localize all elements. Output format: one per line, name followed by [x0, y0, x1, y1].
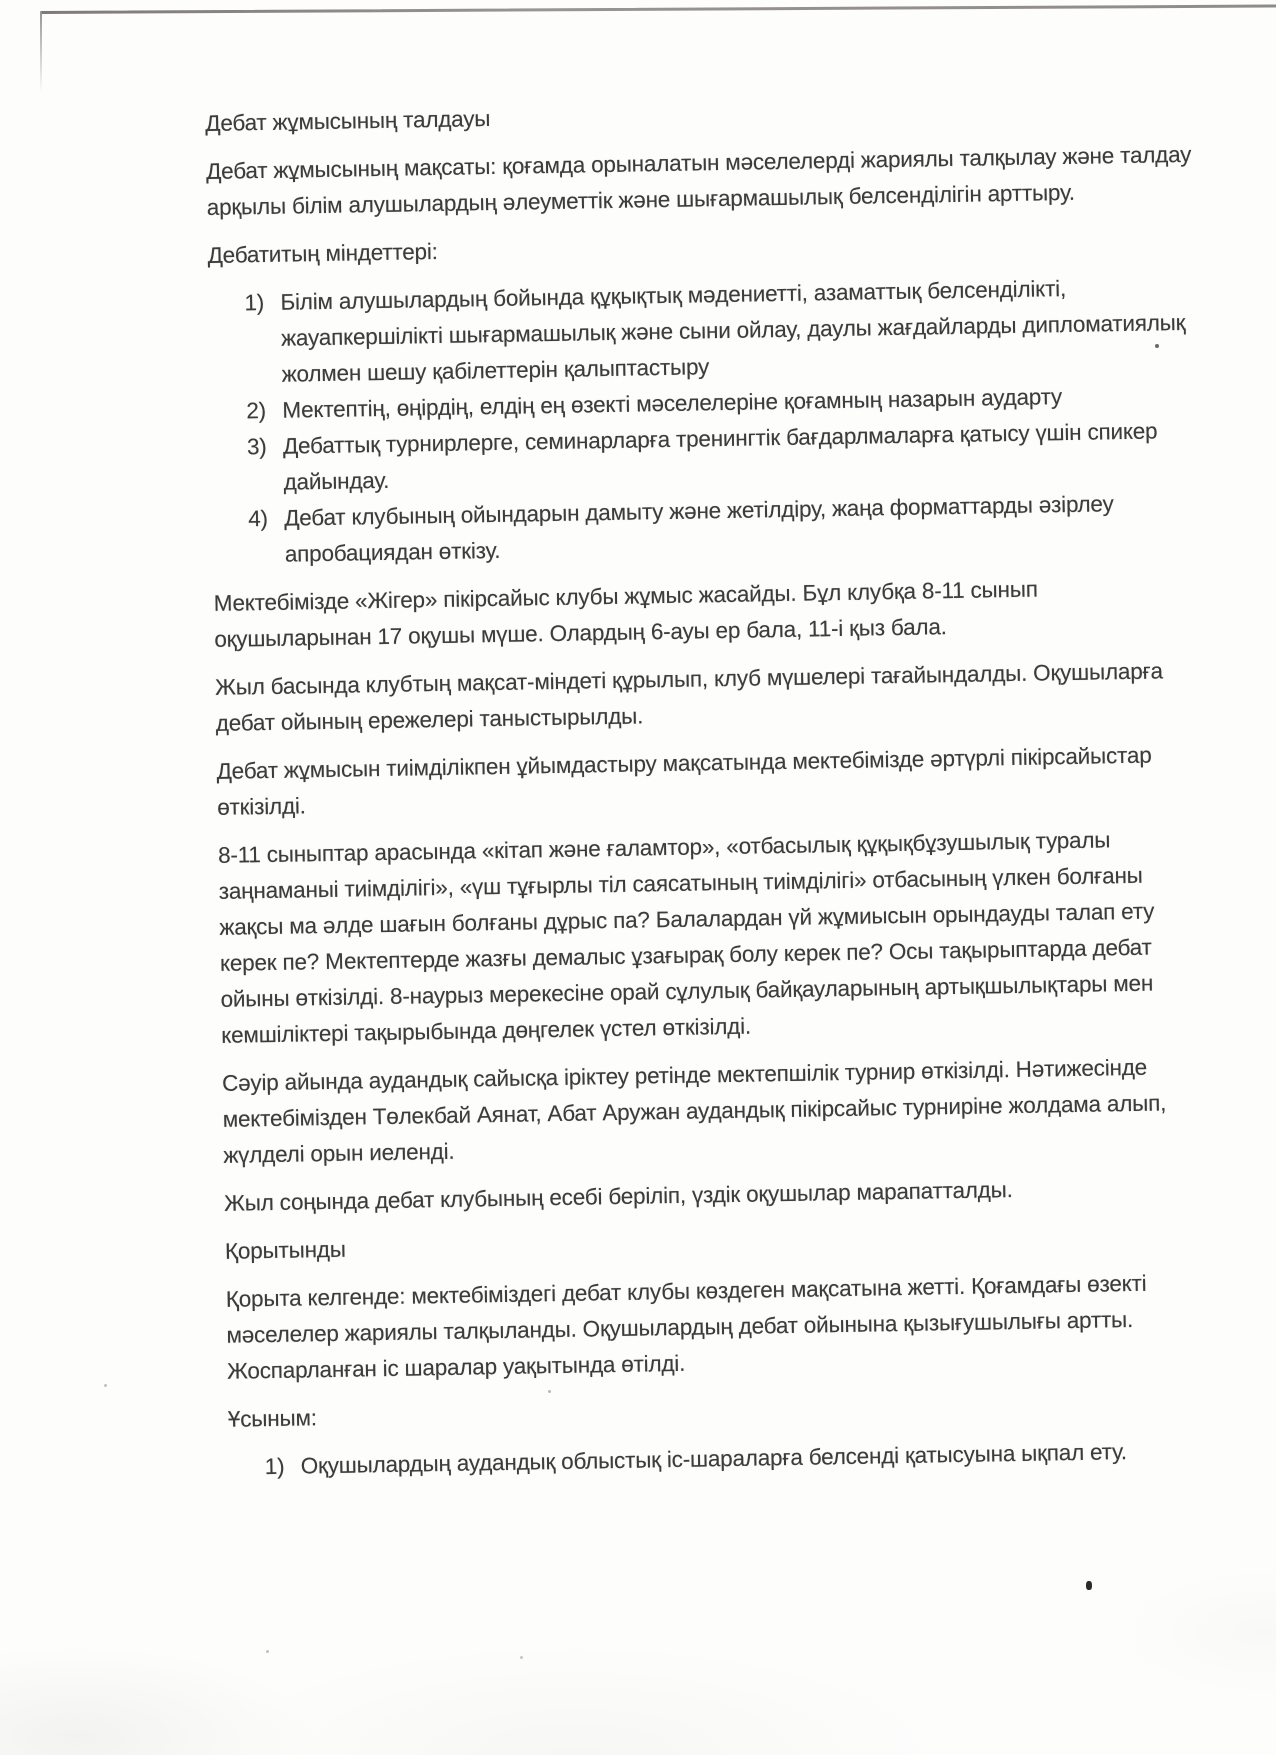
april-tournament-paragraph: Сәуір айында аудандық сайысқа іріктеу ре… [222, 1048, 1224, 1173]
scan-top-edge [40, 5, 1276, 14]
purpose-paragraph: Дебат жұмысының мақсаты: қоғамда орынала… [206, 137, 1207, 226]
conclusion-heading: Қорытынды [225, 1216, 1225, 1269]
task-number: 3) [247, 429, 284, 466]
document-title: Дебат жұмысының талдауы [205, 89, 1205, 142]
ink-speck [1155, 344, 1159, 348]
recommendation-heading: Ұсыным: [228, 1384, 1228, 1437]
club-info-paragraph: Мектебімізде «Жігер» пікірсайыс клубы жұ… [213, 568, 1214, 657]
task-text: Білім алушылардың бойында құқықтық мәден… [280, 269, 1210, 393]
conclusion-paragraph: Қорыта келгенде: мектебіміздегі дебат кл… [226, 1264, 1228, 1389]
ink-speck [520, 1656, 523, 1659]
task-number: 4) [248, 501, 285, 538]
task-number: 1) [244, 285, 281, 322]
recommendation-item: 1) Оқушылардың аудандық облыстық іс-шара… [264, 1432, 1228, 1485]
document-content: Дебат жұмысының талдауы Дебат жұмысының … [205, 89, 1229, 1486]
task-item: 4) Дебат клубының ойындарын дамыту және … [248, 484, 1213, 573]
task-number: 2) [246, 393, 283, 430]
tasks-heading: Дебатитың міндеттері: [207, 221, 1207, 274]
ink-speck [1086, 1581, 1092, 1590]
recommendation-text: Оқушылардың аудандық облыстық іс-шаралар… [300, 1432, 1228, 1484]
year-start-paragraph: Жыл басында клубтың мақсат-міндеті құрыл… [215, 652, 1216, 741]
ink-speck [548, 1390, 551, 1393]
ink-speck [104, 1384, 107, 1387]
debate-topics-paragraph: 8-11 сыныптар арасында «кітап және ғалам… [218, 820, 1222, 1053]
year-end-paragraph: Жыл соңында дебат клубының есебі беріліп… [224, 1168, 1224, 1221]
scan-left-edge [40, 12, 42, 92]
recommendations-list: 1) Оқушылардың аудандық облыстық іс-шара… [228, 1432, 1228, 1485]
scanned-page: Дебат жұмысының талдауы Дебат жұмысының … [0, 0, 1276, 1755]
task-text: Дебат клубының ойындарын дамыту және жет… [284, 484, 1213, 572]
tasks-list: 1) Білім алушылардың бойында құқықтық мә… [208, 269, 1213, 574]
organization-paragraph: Дебат жұмысын тиімділікпен ұйымдастыру м… [216, 736, 1217, 825]
task-item: 1) Білім алушылардың бойында құқықтық мә… [244, 269, 1210, 394]
ink-speck [266, 1650, 269, 1653]
recommendation-number: 1) [264, 1449, 301, 1486]
